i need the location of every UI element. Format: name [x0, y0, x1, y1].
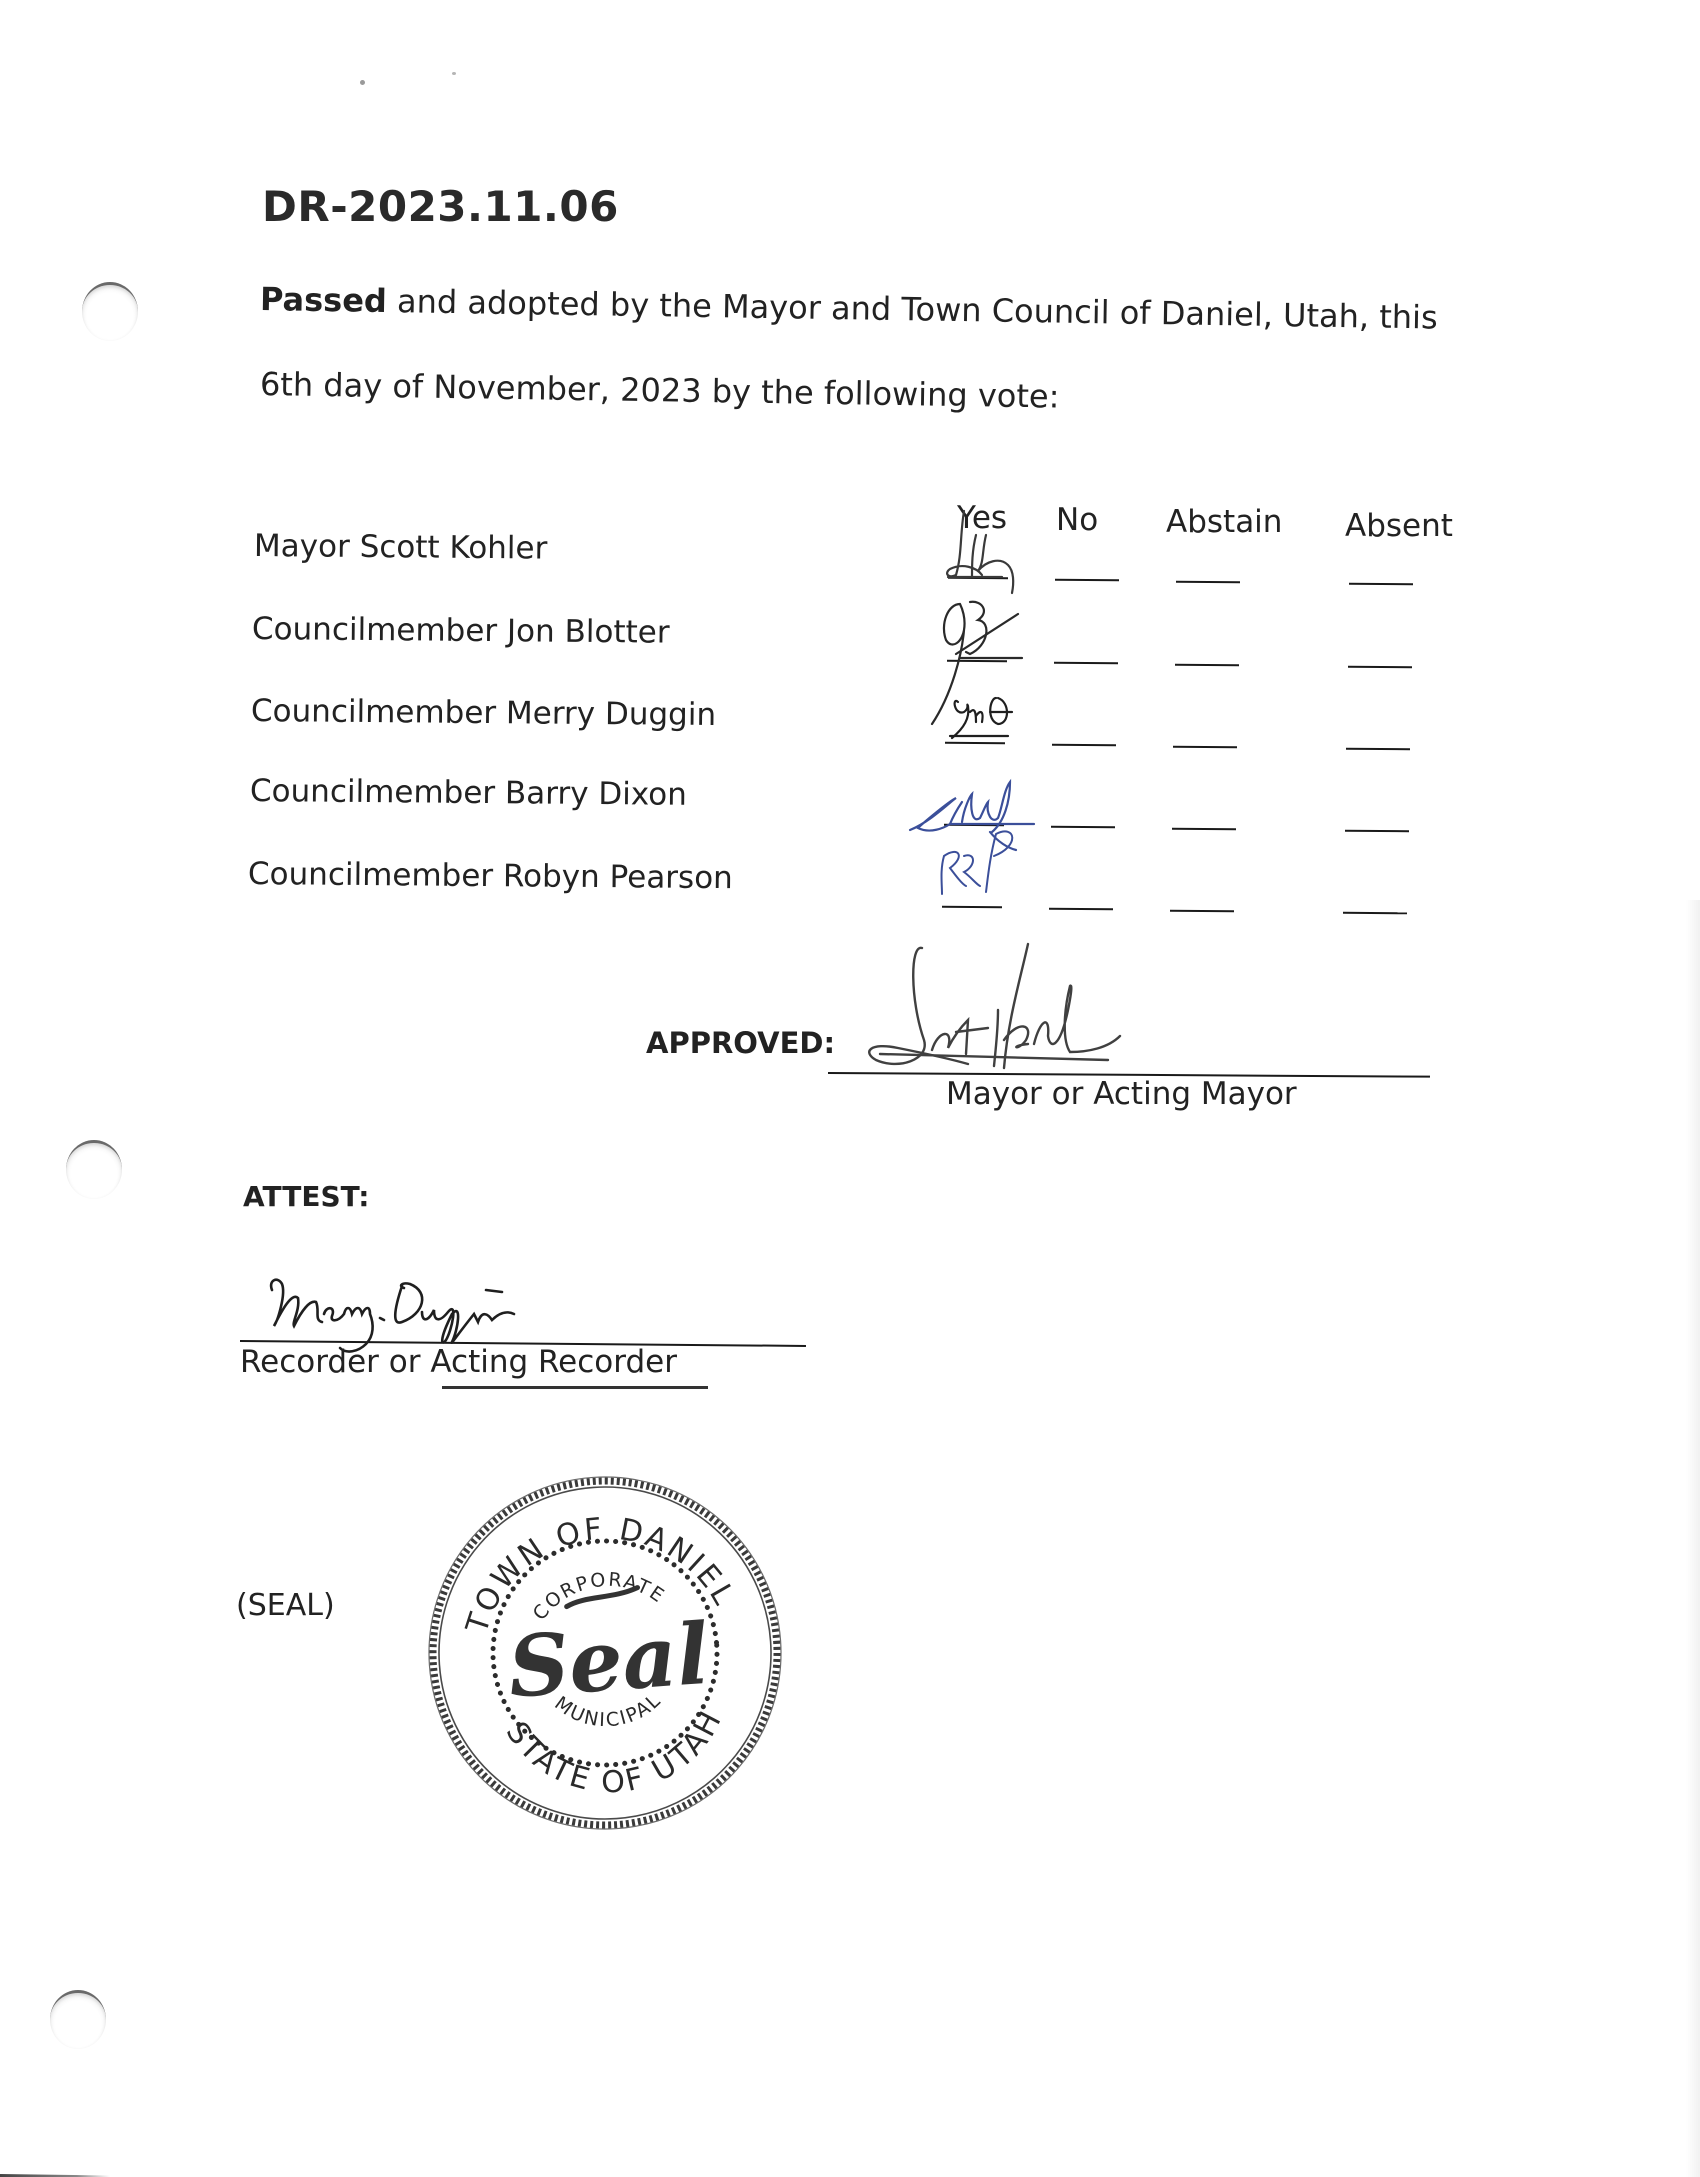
attest-caption-underlined: Acting Recorder	[430, 1344, 677, 1380]
column-header-no: No	[1056, 502, 1098, 538]
seal-label: (SEAL)	[236, 1588, 335, 1623]
passed-statement-line-1: Passed and adopted by the Mayor and Town…	[260, 280, 1438, 336]
vote-blank-yes	[942, 906, 1002, 909]
column-header-absent: Absent	[1345, 508, 1453, 544]
vote-blank-absent	[1349, 583, 1413, 586]
vote-blank-abstain	[1176, 581, 1240, 584]
vote-blank-abstain	[1174, 664, 1238, 667]
approval-caption: Mayor or Acting Mayor	[946, 1076, 1297, 1112]
vote-blank-no	[1049, 908, 1113, 911]
vote-row-name: Councilmember Merry Duggin	[251, 693, 716, 733]
passed-text: and adopted by the Mayor and Town Counci…	[387, 282, 1438, 337]
hole-punch-mark	[50, 1990, 106, 2049]
attest-label: ATTEST:	[243, 1180, 369, 1213]
vote-row-name: Councilmember Jon Blotter	[252, 611, 670, 651]
document-id: DR-2023.11.06	[262, 182, 619, 231]
initials-signature-mayor	[942, 505, 1032, 595]
town-seal-emblem: TOWN OF DANIEL STATE OF UTAH CORPORATE M…	[420, 1468, 790, 1838]
hole-punch-mark	[82, 282, 138, 341]
seal-center-text: Seal	[505, 1604, 712, 1717]
attest-caption-prefix: Recorder or	[240, 1344, 430, 1380]
scan-speck	[360, 80, 365, 85]
passed-bold: Passed	[260, 280, 387, 320]
vote-blank-absent	[1344, 830, 1408, 833]
vote-blank-absent	[1343, 912, 1407, 915]
vote-row-name: Mayor Scott Kohler	[254, 528, 548, 567]
vote-blank-absent	[1346, 748, 1410, 751]
mayor-signature	[858, 940, 1148, 1080]
initials-signature-robyn-pearson	[936, 826, 1046, 906]
vote-blank-no	[1055, 579, 1119, 582]
scan-speck	[452, 72, 456, 75]
attest-caption: Recorder or Acting Recorder	[240, 1344, 677, 1380]
vote-blank-no	[1052, 744, 1116, 747]
vote-row-name: Councilmember Robyn Pearson	[248, 856, 733, 896]
vote-row-name: Councilmember Barry Dixon	[250, 773, 687, 813]
vote-blank-abstain	[1171, 828, 1235, 831]
vote-blank-absent	[1347, 666, 1411, 669]
vote-blank-no	[1053, 662, 1117, 665]
approved-label: APPROVED:	[646, 1026, 835, 1060]
initials-signature-merry-duggin	[950, 688, 1030, 748]
vote-blank-abstain	[1170, 910, 1234, 913]
vote-blank-abstain	[1173, 746, 1237, 749]
scan-edge-right	[1686, 900, 1700, 2177]
acting-recorder-underline	[442, 1386, 708, 1389]
vote-blank-no	[1050, 826, 1114, 829]
document-page: DR-2023.11.06 Passed and adopted by the …	[0, 0, 1700, 2177]
hole-punch-mark	[66, 1140, 122, 1199]
column-header-abstain: Abstain	[1166, 504, 1282, 540]
passed-statement-line-2: 6th day of November, 2023 by the followi…	[260, 365, 1060, 416]
